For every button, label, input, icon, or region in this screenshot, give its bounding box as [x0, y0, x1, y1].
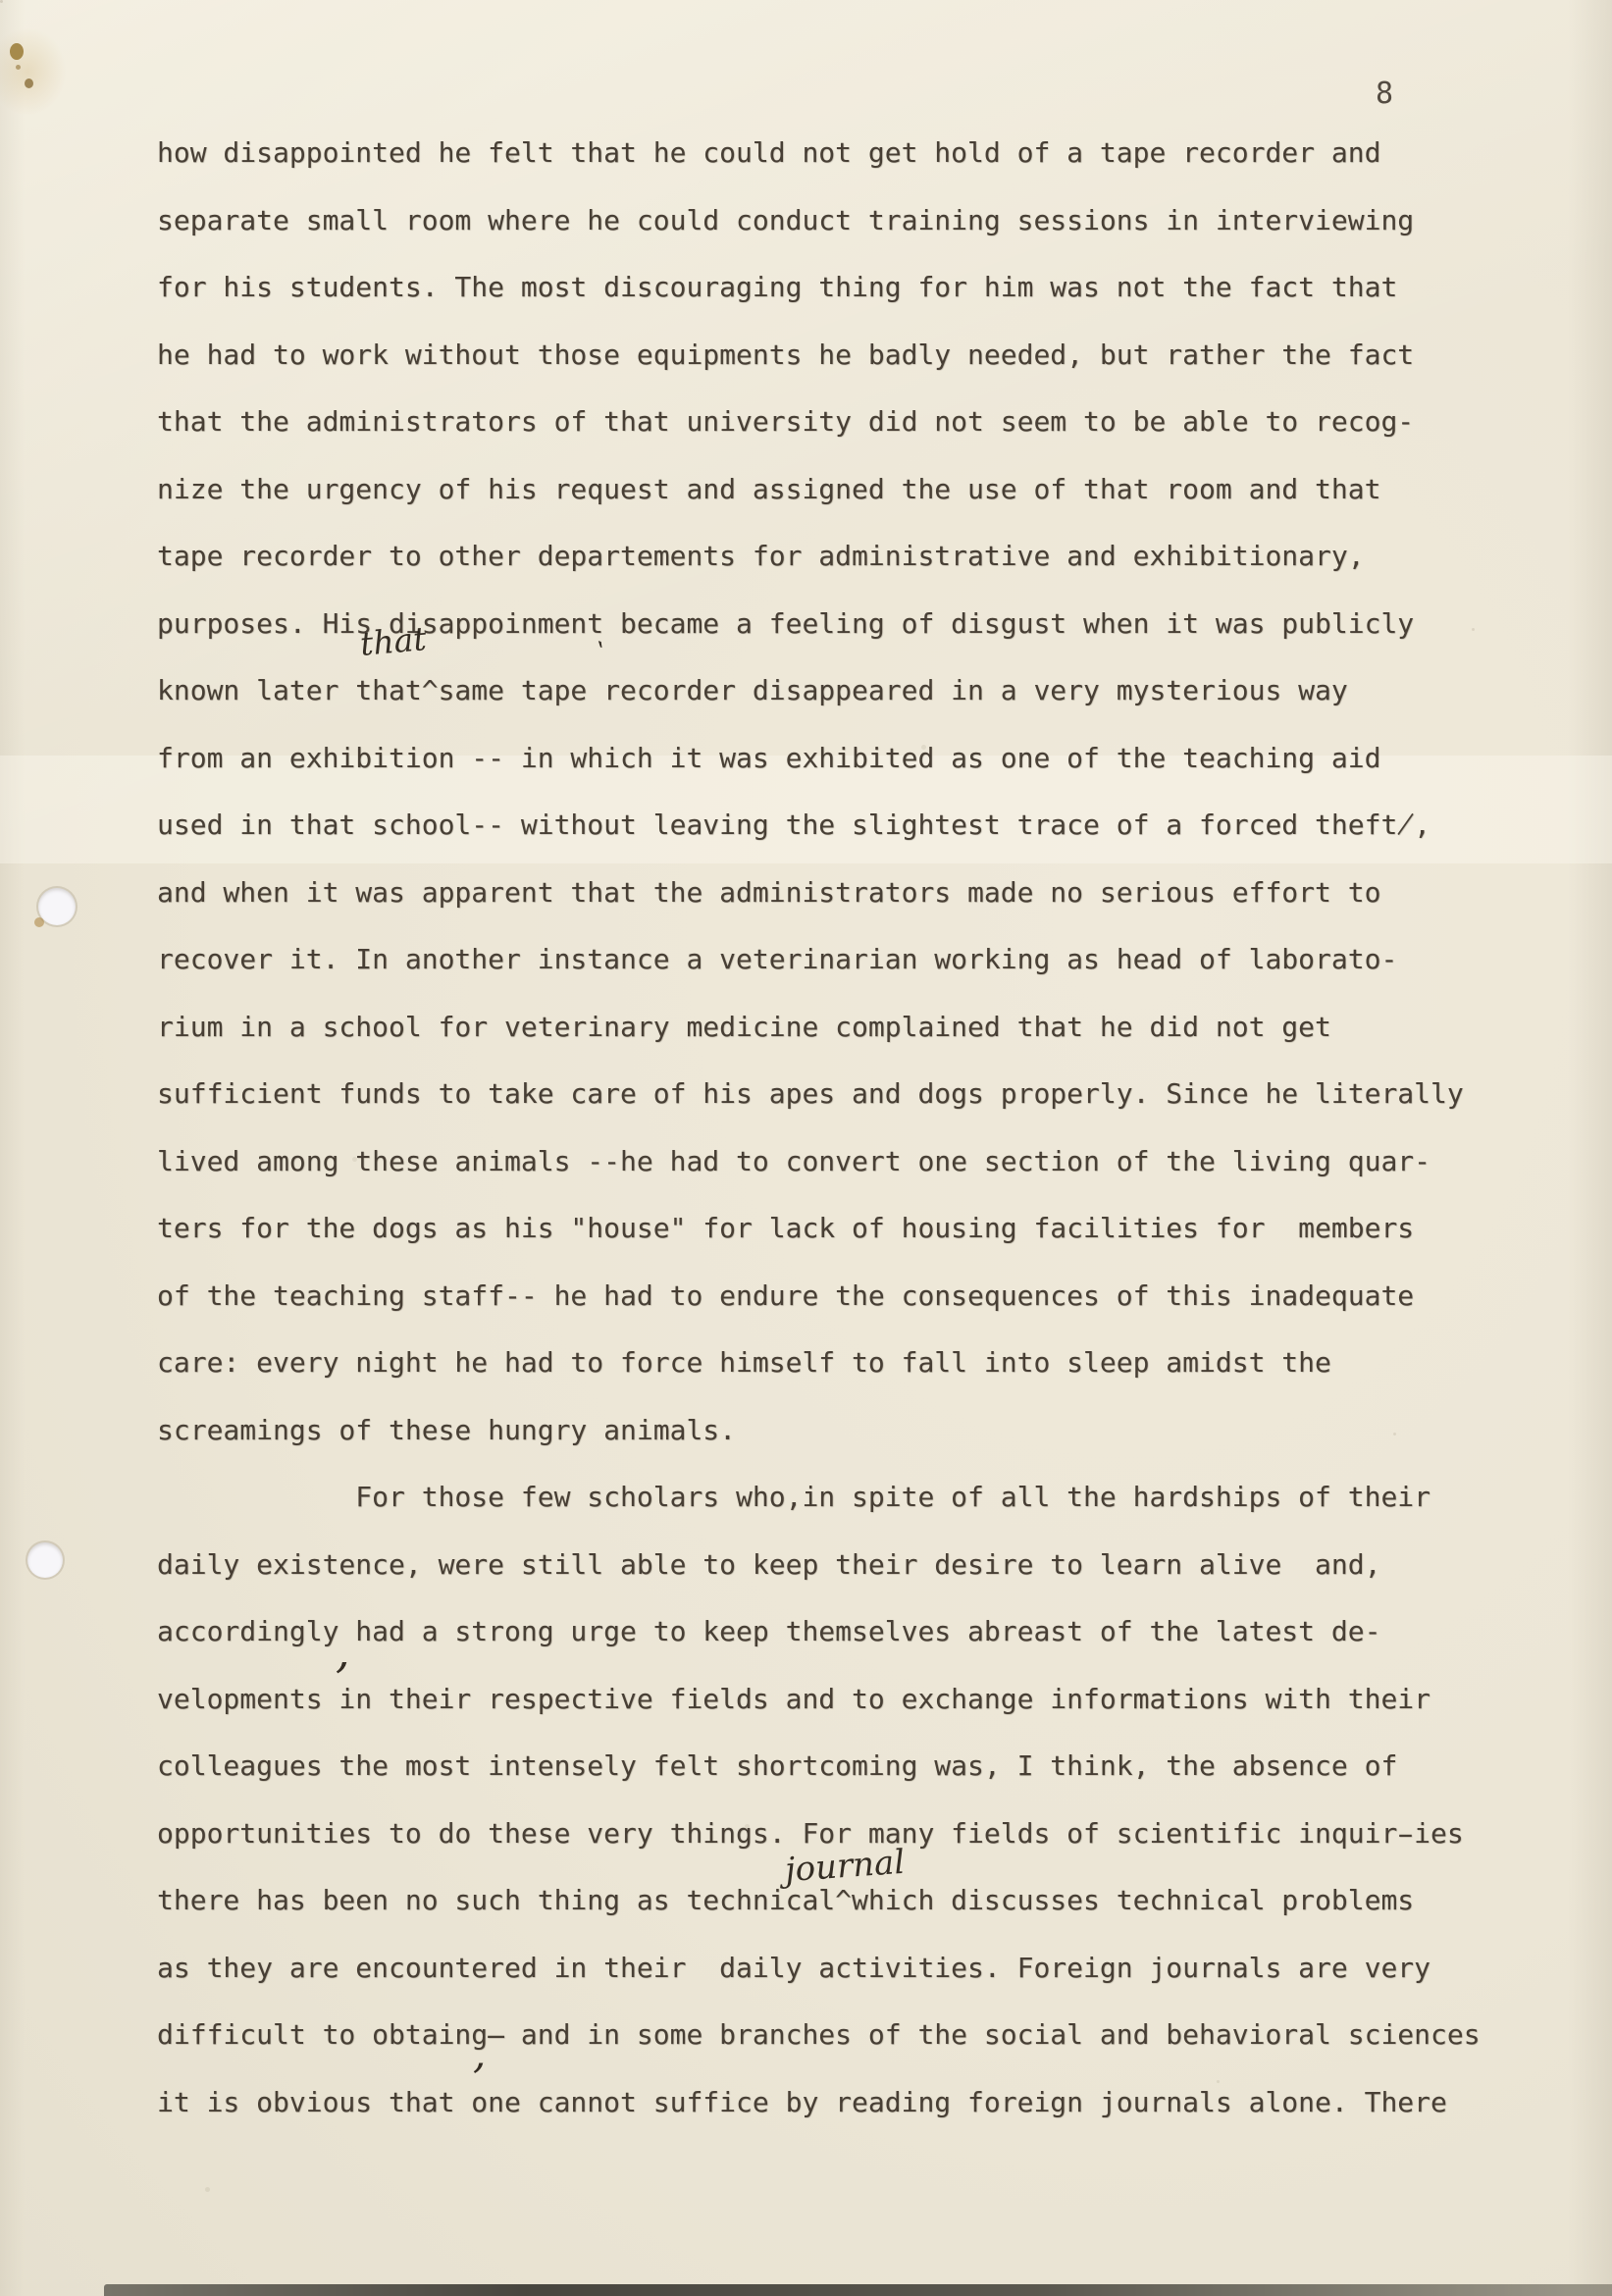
text-line-5: that the administrators of that universi… [157, 389, 1481, 456]
handwritten-comma-accordingly: , [336, 1625, 350, 1678]
text-line-10: from an exhibition -- in which it was ex… [157, 725, 1481, 793]
text-line-9: known later that^same tape recorder disa… [157, 657, 1481, 725]
punch-hole-bottom [27, 1542, 63, 1578]
text-line-22: daily existence, were still able to keep… [157, 1532, 1481, 1599]
text-line-1: how disappointed he felt that he could n… [157, 120, 1481, 187]
text-line-16: lived among these animals --he had to co… [157, 1128, 1481, 1196]
paper-stain-1 [10, 43, 24, 60]
text-line-6: nize the urgency of his request and assi… [157, 456, 1481, 524]
typed-text-block: how disappointed he felt that he could n… [157, 120, 1481, 2136]
text-line-4: he had to work without those equipments … [157, 322, 1481, 390]
text-line-3: for his students. The most discouraging … [157, 254, 1481, 322]
text-line-23: accordingly had a strong urge to keep th… [157, 1598, 1481, 1666]
scanned-typewritten-page: 8 how disappointed he felt that he could… [0, 0, 1612, 2296]
text-line-8: purposes. His disappoinment became a fee… [157, 591, 1481, 658]
text-line-15: sufficient funds to take care of his ape… [157, 1061, 1481, 1128]
text-line-28: as they are encountered in their daily a… [157, 1935, 1481, 2003]
paper-stain-2 [25, 78, 33, 88]
text-line-18: of the teaching staff-- he had to endure… [157, 1263, 1481, 1331]
text-line-20: screamings of these hungry animals. [157, 1397, 1481, 1465]
text-line-17: ters for the dogs as his "house" for lac… [157, 1195, 1481, 1263]
page-number: 8 [1376, 77, 1393, 111]
handwritten-insert-that: that [358, 619, 428, 663]
text-line-11: used in that school-- without leaving th… [157, 792, 1481, 860]
text-line-30: it is obvious that one cannot suffice by… [157, 2069, 1481, 2137]
paper-stain-halo [0, 27, 67, 116]
text-line-12: and when it was apparent that the admini… [157, 860, 1481, 927]
punch-hole-top [38, 888, 76, 925]
text-line-19: care: every night he had to force himsel… [157, 1330, 1481, 1397]
text-line-14: rium in a school for veterinary medicine… [157, 994, 1481, 1062]
text-line-13: recover it. In another instance a veteri… [157, 926, 1481, 994]
handwritten-insert-journal: journal [784, 1843, 907, 1890]
paper-speckles [0, 0, 3, 3]
text-line-24: velopments in their respective fields an… [157, 1666, 1481, 1734]
text-line-2: separate small room where he could condu… [157, 187, 1481, 255]
scan-bottom-edge [104, 2284, 1612, 2296]
text-line-21: For those few scholars who,in spite of a… [157, 1464, 1481, 1532]
text-line-29: difficult to obtaing̶ and in some branch… [157, 2002, 1481, 2069]
paper-stain-3 [16, 65, 21, 70]
text-line-25: colleagues the most intensely felt short… [157, 1733, 1481, 1800]
text-line-7: tape recorder to other departements for … [157, 523, 1481, 591]
handwritten-comma-obtain: , [473, 2029, 486, 2077]
